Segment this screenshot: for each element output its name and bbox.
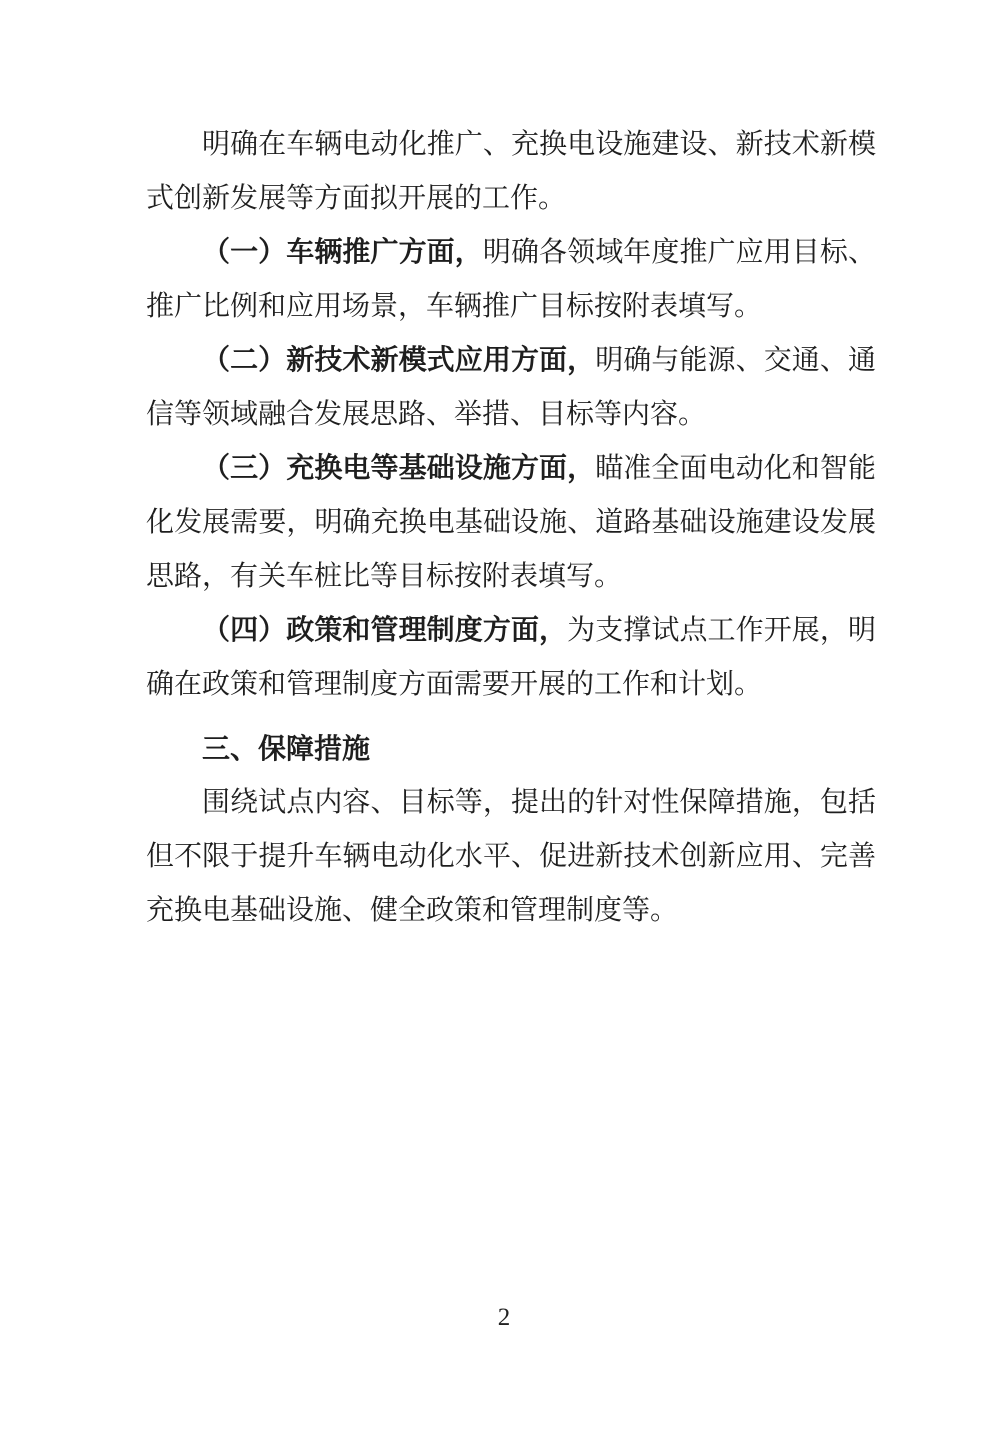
- closing-paragraph: 围绕试点内容、目标等，提出的针对性保障措施，包括但不限于提升车辆电动化水平、促进…: [146, 776, 876, 938]
- page-footer: 2: [0, 1304, 1008, 1332]
- paragraph-item-3: （三）充换电等基础设施方面，瞄准全面电动化和智能化发展需要，明确充换电基础设施、…: [146, 442, 876, 604]
- paragraph-lead: （四）政策和管理制度方面，: [202, 615, 567, 646]
- page-number: 2: [498, 1304, 511, 1331]
- paragraph-item-1: （一）车辆推广方面，明确各领域年度推广应用目标、推广比例和应用场景，车辆推广目标…: [146, 226, 876, 334]
- section-heading: 三、保障措施: [146, 722, 876, 776]
- paragraph-item-4: （四）政策和管理制度方面，为支撑试点工作开展，明确在政策和管理制度方面需要开展的…: [146, 604, 876, 712]
- paragraph-lead: （二）新技术新模式应用方面，: [202, 345, 595, 376]
- paragraph-text: 围绕试点内容、目标等，提出的针对性保障措施，包括但不限于提升车辆电动化水平、促进…: [146, 787, 876, 926]
- document-content: 明确在车辆电动化推广、充换电设施建设、新技术新模式创新发展等方面拟开展的工作。 …: [146, 118, 876, 938]
- paragraph-item-2: （二）新技术新模式应用方面，明确与能源、交通、通信等领域融合发展思路、举措、目标…: [146, 334, 876, 442]
- paragraph-lead: （一）车辆推广方面，: [202, 237, 483, 268]
- paragraph-lead: （三）充换电等基础设施方面，: [202, 453, 595, 484]
- paragraph-text: 明确在车辆电动化推广、充换电设施建设、新技术新模式创新发展等方面拟开展的工作。: [146, 129, 876, 214]
- document-page: 明确在车辆电动化推广、充换电设施建设、新技术新模式创新发展等方面拟开展的工作。 …: [0, 0, 1008, 1429]
- intro-paragraph: 明确在车辆电动化推广、充换电设施建设、新技术新模式创新发展等方面拟开展的工作。: [146, 118, 876, 226]
